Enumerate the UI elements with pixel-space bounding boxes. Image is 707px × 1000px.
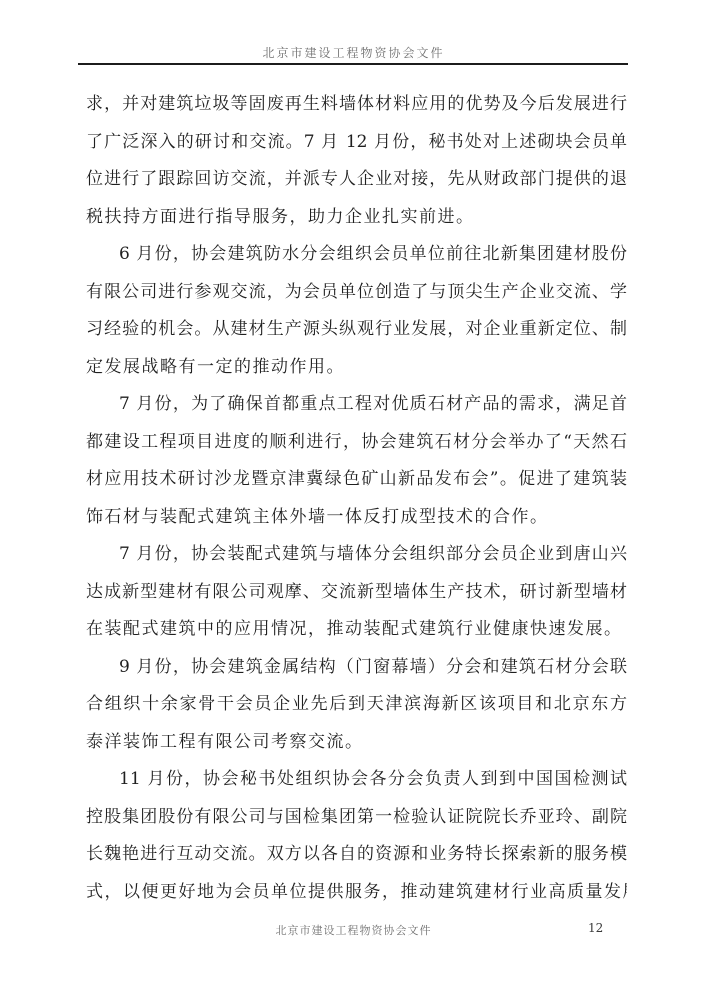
header-divider — [78, 63, 628, 65]
body-line: 材应用技术研讨沙龙暨京津冀绿色矿山新品发布会”。促进了建筑装 — [86, 461, 627, 499]
body-line: 有限公司进行参观交流，为会员单位创造了与顶尖生产企业交流、学 — [86, 274, 627, 312]
paragraph: 7 月份，协会装配式建筑与墙体分会组织部分会员企业到唐山兴达成新型建材有限公司观… — [86, 536, 627, 649]
document-body: 求，并对建筑垃圾等固废再生料墙体材料应用的优势及今后发展进行了广泛深入的研讨和交… — [86, 86, 627, 911]
document-page: 北京市建设工程物资协会文件 求，并对建筑垃圾等固废再生料墙体材料应用的优势及今后… — [0, 0, 707, 1000]
body-line: 税扶持方面进行指导服务，助力企业扎实前进。 — [86, 199, 627, 237]
body-line: 定发展战略有一定的推动作用。 — [86, 349, 627, 387]
body-line: 求，并对建筑垃圾等固废再生料墙体材料应用的优势及今后发展进行 — [86, 86, 627, 124]
body-line: 都建设工程项目进度的顺利进行，协会建筑石材分会举办了“天然石 — [86, 424, 627, 462]
body-line: 长魏艳进行互动交流。双方以各自的资源和业务特长探索新的服务模 — [86, 836, 627, 874]
body-line: 达成新型建材有限公司观摩、交流新型墙体生产技术，研讨新型墙材 — [86, 574, 627, 612]
body-line: 7 月份，为了确保首都重点工程对优质石材产品的需求，满足首 — [86, 386, 627, 424]
paragraph: 求，并对建筑垃圾等固废再生料墙体材料应用的优势及今后发展进行了广泛深入的研讨和交… — [86, 86, 627, 236]
body-line: 合组织十余家骨干会员企业先后到天津滨海新区该项目和北京东方 — [86, 686, 627, 724]
body-line: 泰洋装饰工程有限公司考察交流。 — [86, 724, 627, 762]
paragraph: 6 月份，协会建筑防水分会组织会员单位前往北新集团建材股份有限公司进行参观交流，… — [86, 236, 627, 386]
header-title: 北京市建设工程物资协会文件 — [0, 44, 707, 61]
body-line: 9 月份，协会建筑金属结构（门窗幕墙）分会和建筑石材分会联 — [86, 649, 627, 687]
page-number: 12 — [588, 921, 603, 935]
body-line: 7 月份，协会装配式建筑与墙体分会组织部分会员企业到唐山兴 — [86, 536, 627, 574]
body-line: 了广泛深入的研讨和交流。7 月 12 月份，秘书处对上述砌块会员单 — [86, 124, 627, 162]
body-line: 位进行了跟踪回访交流，并派专人企业对接，先从财政部门提供的退 — [86, 161, 627, 199]
body-line: 在装配式建筑中的应用情况，推动装配式建筑行业健康快速发展。 — [86, 611, 627, 649]
body-line: 饰石材与装配式建筑主体外墙一体反打成型技术的合作。 — [86, 499, 627, 537]
body-line: 习经验的机会。从建材生产源头纵观行业发展，对企业重新定位、制 — [86, 311, 627, 349]
paragraph: 7 月份，为了确保首都重点工程对优质石材产品的需求，满足首都建设工程项目进度的顺… — [86, 386, 627, 536]
paragraph: 9 月份，协会建筑金属结构（门窗幕墙）分会和建筑石材分会联合组织十余家骨干会员企… — [86, 649, 627, 762]
body-line: 控股集团股份有限公司与国检集团第一检验认证院院长乔亚玲、副院 — [86, 799, 627, 837]
body-line: 11 月份，协会秘书处组织协会各分会负责人到到中国国检测试 — [86, 761, 627, 799]
body-line: 6 月份，协会建筑防水分会组织会员单位前往北新集团建材股份 — [86, 236, 627, 274]
paragraph: 11 月份，协会秘书处组织协会各分会负责人到到中国国检测试控股集团股份有限公司与… — [86, 761, 627, 911]
body-line: 式，以便更好地为会员单位提供服务，推动建筑建材行业高质量发展。 — [86, 874, 627, 912]
